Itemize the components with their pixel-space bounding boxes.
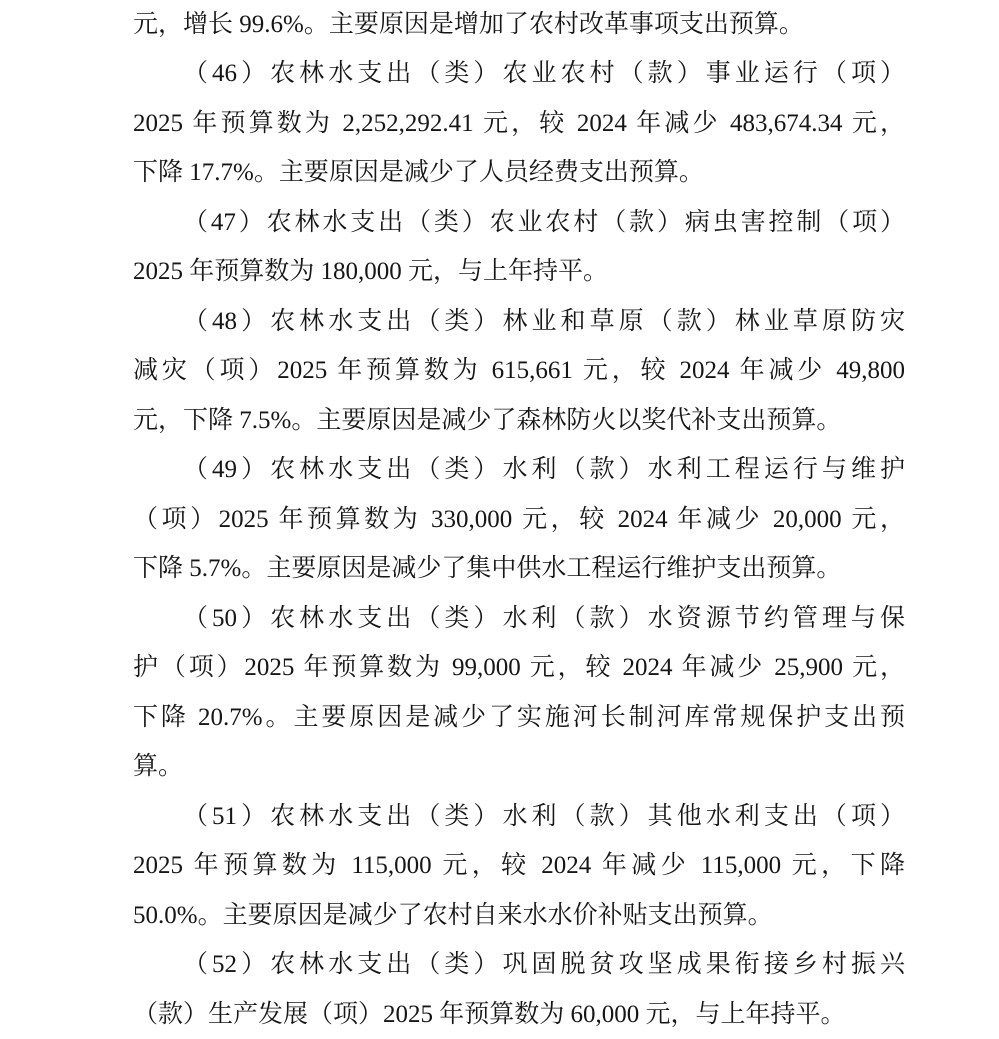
text-line: 元，增长 99.6%。主要原因是增加了农村改革事项支出预算。 <box>133 0 905 49</box>
text-line: 2025 年预算数为 115,000 元，较 2024 年减少 115,000 … <box>133 841 905 890</box>
text-line: 算。 <box>133 742 905 791</box>
text-line: 下降 5.7%。主要原因是减少了集中供水工程运行维护支出预算。 <box>133 544 905 593</box>
text-line: 下降 17.7%。主要原因是减少了人员经费支出预算。 <box>133 148 905 197</box>
text-line: 2025 年预算数为 180,000 元，与上年持平。 <box>133 247 905 296</box>
text-line: （51）农林水支出（类）水利（款）其他水利支出（项） <box>133 792 905 841</box>
text-line: （47）农林水支出（类）农业农村（款）病虫害控制（项） <box>133 198 905 247</box>
text-line: 护（项）2025 年预算数为 99,000 元，较 2024 年减少 25,90… <box>133 643 905 692</box>
document-page: 元，增长 99.6%。主要原因是增加了农村改革事项支出预算。（46）农林水支出（… <box>0 0 999 1039</box>
text-line: 减灾（项）2025 年预算数为 615,661 元，较 2024 年减少 49,… <box>133 346 905 395</box>
document-text-block: 元，增长 99.6%。主要原因是增加了农村改革事项支出预算。（46）农林水支出（… <box>133 0 905 1039</box>
text-line: 2025 年预算数为 2,252,292.41 元，较 2024 年减少 483… <box>133 99 905 148</box>
text-line: 50.0%。主要原因是减少了农村自来水水价补贴支出预算。 <box>133 891 905 940</box>
text-line: （46）农林水支出（类）农业农村（款）事业运行（项） <box>133 49 905 98</box>
text-line: （49）农林水支出（类）水利（款）水利工程运行与维护 <box>133 445 905 494</box>
text-line: （48）农林水支出（类）林业和草原（款）林业草原防灾 <box>133 297 905 346</box>
text-line: 下降 20.7%。主要原因是减少了实施河长制河库常规保护支出预 <box>133 693 905 742</box>
text-line: （50）农林水支出（类）水利（款）水资源节约管理与保 <box>133 594 905 643</box>
text-line: （52）农林水支出（类）巩固脱贫攻坚成果衔接乡村振兴 <box>133 940 905 989</box>
text-line: （项）2025 年预算数为 330,000 元，较 2024 年减少 20,00… <box>133 495 905 544</box>
text-line: 元，下降 7.5%。主要原因是减少了森林防火以奖代补支出预算。 <box>133 396 905 445</box>
text-line: （款）生产发展（项）2025 年预算数为 60,000 元，与上年持平。 <box>133 990 905 1039</box>
